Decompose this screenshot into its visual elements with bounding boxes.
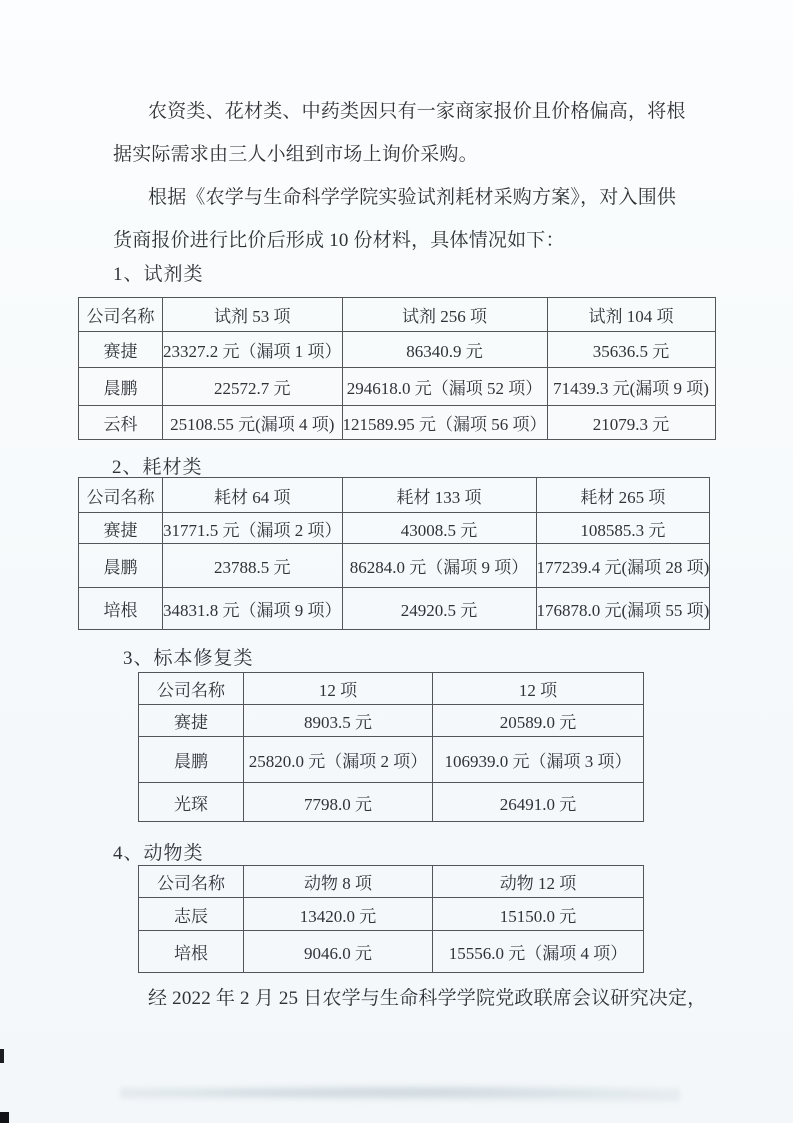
company-name-cell: 云科 xyxy=(79,406,163,440)
section-heading-specimen-repair: 3、标本修复类 xyxy=(123,643,254,670)
specimen-repair-price-table: 公司名称 12 项 12 项 赛捷 8903.5 元 20589.0 元 晨鹏 … xyxy=(138,672,644,822)
company-name-cell: 培根 xyxy=(79,588,163,630)
price-cell: 13420.0 元 xyxy=(244,898,433,931)
table-header-row: 公司名称 动物 8 项 动物 12 项 xyxy=(139,866,644,898)
price-cell: 23788.5 元 xyxy=(163,544,343,588)
price-cell: 294618.0 元（漏项 52 项） xyxy=(342,368,547,406)
price-cell: 106939.0 元（漏项 3 项） xyxy=(433,737,644,783)
company-name-cell: 赛捷 xyxy=(79,513,163,544)
company-name-cell: 晨鹏 xyxy=(139,737,244,783)
table-header-row: 公司名称 耗材 64 项 耗材 133 项 耗材 265 项 xyxy=(79,478,710,513)
consumables-price-table: 公司名称 耗材 64 项 耗材 133 项 耗材 265 项 赛捷 31771.… xyxy=(78,477,710,630)
company-name-cell: 光琛 xyxy=(139,783,244,822)
company-name-cell: 晨鹏 xyxy=(79,544,163,588)
column-header: 公司名称 xyxy=(79,298,163,332)
price-cell: 7798.0 元 xyxy=(244,783,433,822)
price-cell: 121589.95 元（漏项 56 项） xyxy=(342,406,547,440)
column-header: 试剂 53 项 xyxy=(163,298,343,332)
scan-smudge-artifact xyxy=(120,1083,680,1103)
price-cell: 35636.5 元 xyxy=(547,332,715,368)
price-cell: 86284.0 元（漏项 9 项） xyxy=(342,544,536,588)
scan-edge-artifact xyxy=(0,1049,4,1063)
price-cell: 25820.0 元（漏项 2 项） xyxy=(244,737,433,783)
company-name-cell: 培根 xyxy=(139,931,244,973)
column-header: 动物 8 项 xyxy=(244,866,433,898)
table-row: 云科 25108.55 元(漏项 4 项) 121589.95 元（漏项 56 … xyxy=(79,406,716,440)
column-header: 动物 12 项 xyxy=(433,866,644,898)
price-cell: 177239.4 元(漏项 28 项) xyxy=(536,544,710,588)
paragraph-line: 据实际需求由三人小组到市场上询价采购。 xyxy=(113,139,478,166)
price-cell: 8903.5 元 xyxy=(244,705,433,737)
animal-price-table: 公司名称 动物 8 项 动物 12 项 志辰 13420.0 元 15150.0… xyxy=(138,865,644,973)
price-cell: 176878.0 元(漏项 55 项) xyxy=(536,588,710,630)
price-cell: 21079.3 元 xyxy=(547,406,715,440)
price-cell: 9046.0 元 xyxy=(244,931,433,973)
table-row: 光琛 7798.0 元 26491.0 元 xyxy=(139,783,644,822)
table-header-row: 公司名称 试剂 53 项 试剂 256 项 试剂 104 项 xyxy=(79,298,716,332)
table-row: 赛捷 23327.2 元（漏项 1 项） 86340.9 元 35636.5 元 xyxy=(79,332,716,368)
price-cell: 71439.3 元(漏项 9 项) xyxy=(547,368,715,406)
document-page: 农资类、花材类、中药类因只有一家商家报价且价格偏高，将根 据实际需求由三人小组到… xyxy=(0,0,793,1123)
column-header: 试剂 104 项 xyxy=(547,298,715,332)
column-header: 公司名称 xyxy=(139,866,244,898)
company-name-cell: 赛捷 xyxy=(79,332,163,368)
table-row: 晨鹏 25820.0 元（漏项 2 项） 106939.0 元（漏项 3 项） xyxy=(139,737,644,783)
paragraph-line: 货商报价进行比价后形成 10 份材料，具体情况如下： xyxy=(113,225,565,252)
price-cell: 24920.5 元 xyxy=(342,588,536,630)
reagent-price-table: 公司名称 试剂 53 项 试剂 256 项 试剂 104 项 赛捷 23327.… xyxy=(78,297,716,440)
table-header-row: 公司名称 12 项 12 项 xyxy=(139,673,644,705)
section-heading-reagents: 1、试剂类 xyxy=(113,259,204,286)
column-header: 公司名称 xyxy=(79,478,163,513)
price-cell: 23327.2 元（漏项 1 项） xyxy=(163,332,343,368)
closing-paragraph-line: 经 2022 年 2 月 25 日农学与生命科学学院党政联席会议研究决定， xyxy=(148,983,706,1010)
table-row: 培根 9046.0 元 15556.0 元（漏项 4 项） xyxy=(139,931,644,973)
price-cell: 26491.0 元 xyxy=(433,783,644,822)
table-row: 晨鹏 22572.7 元 294618.0 元（漏项 52 项） 71439.3… xyxy=(79,368,716,406)
price-cell: 31771.5 元（漏项 2 项） xyxy=(163,513,343,544)
paragraph-line: 根据《农学与生命科学学院实验试剂耗材采购方案》，对入围供 xyxy=(148,182,676,209)
section-heading-animals: 4、动物类 xyxy=(113,838,204,865)
price-cell: 108585.3 元 xyxy=(536,513,710,544)
price-cell: 15150.0 元 xyxy=(433,898,644,931)
column-header: 耗材 64 项 xyxy=(163,478,343,513)
company-name-cell: 晨鹏 xyxy=(79,368,163,406)
column-header: 12 项 xyxy=(433,673,644,705)
column-header: 公司名称 xyxy=(139,673,244,705)
section-heading-consumables: 2、耗材类 xyxy=(112,452,203,479)
table-row: 培根 34831.8 元（漏项 9 项） 24920.5 元 176878.0 … xyxy=(79,588,710,630)
scan-edge-artifact xyxy=(0,1112,9,1123)
column-header: 耗材 133 项 xyxy=(342,478,536,513)
column-header: 12 项 xyxy=(244,673,433,705)
price-cell: 22572.7 元 xyxy=(163,368,343,406)
price-cell: 34831.8 元（漏项 9 项） xyxy=(163,588,343,630)
price-cell: 86340.9 元 xyxy=(342,332,547,368)
price-cell: 43008.5 元 xyxy=(342,513,536,544)
company-name-cell: 赛捷 xyxy=(139,705,244,737)
paragraph-line: 农资类、花材类、中药类因只有一家商家报价且价格偏高，将根 xyxy=(148,96,686,123)
column-header: 试剂 256 项 xyxy=(342,298,547,332)
table-row: 赛捷 8903.5 元 20589.0 元 xyxy=(139,705,644,737)
price-cell: 20589.0 元 xyxy=(433,705,644,737)
table-row: 晨鹏 23788.5 元 86284.0 元（漏项 9 项） 177239.4 … xyxy=(79,544,710,588)
company-name-cell: 志辰 xyxy=(139,898,244,931)
price-cell: 15556.0 元（漏项 4 项） xyxy=(433,931,644,973)
price-cell: 25108.55 元(漏项 4 项) xyxy=(163,406,343,440)
column-header: 耗材 265 项 xyxy=(536,478,710,513)
table-row: 志辰 13420.0 元 15150.0 元 xyxy=(139,898,644,931)
table-row: 赛捷 31771.5 元（漏项 2 项） 43008.5 元 108585.3 … xyxy=(79,513,710,544)
